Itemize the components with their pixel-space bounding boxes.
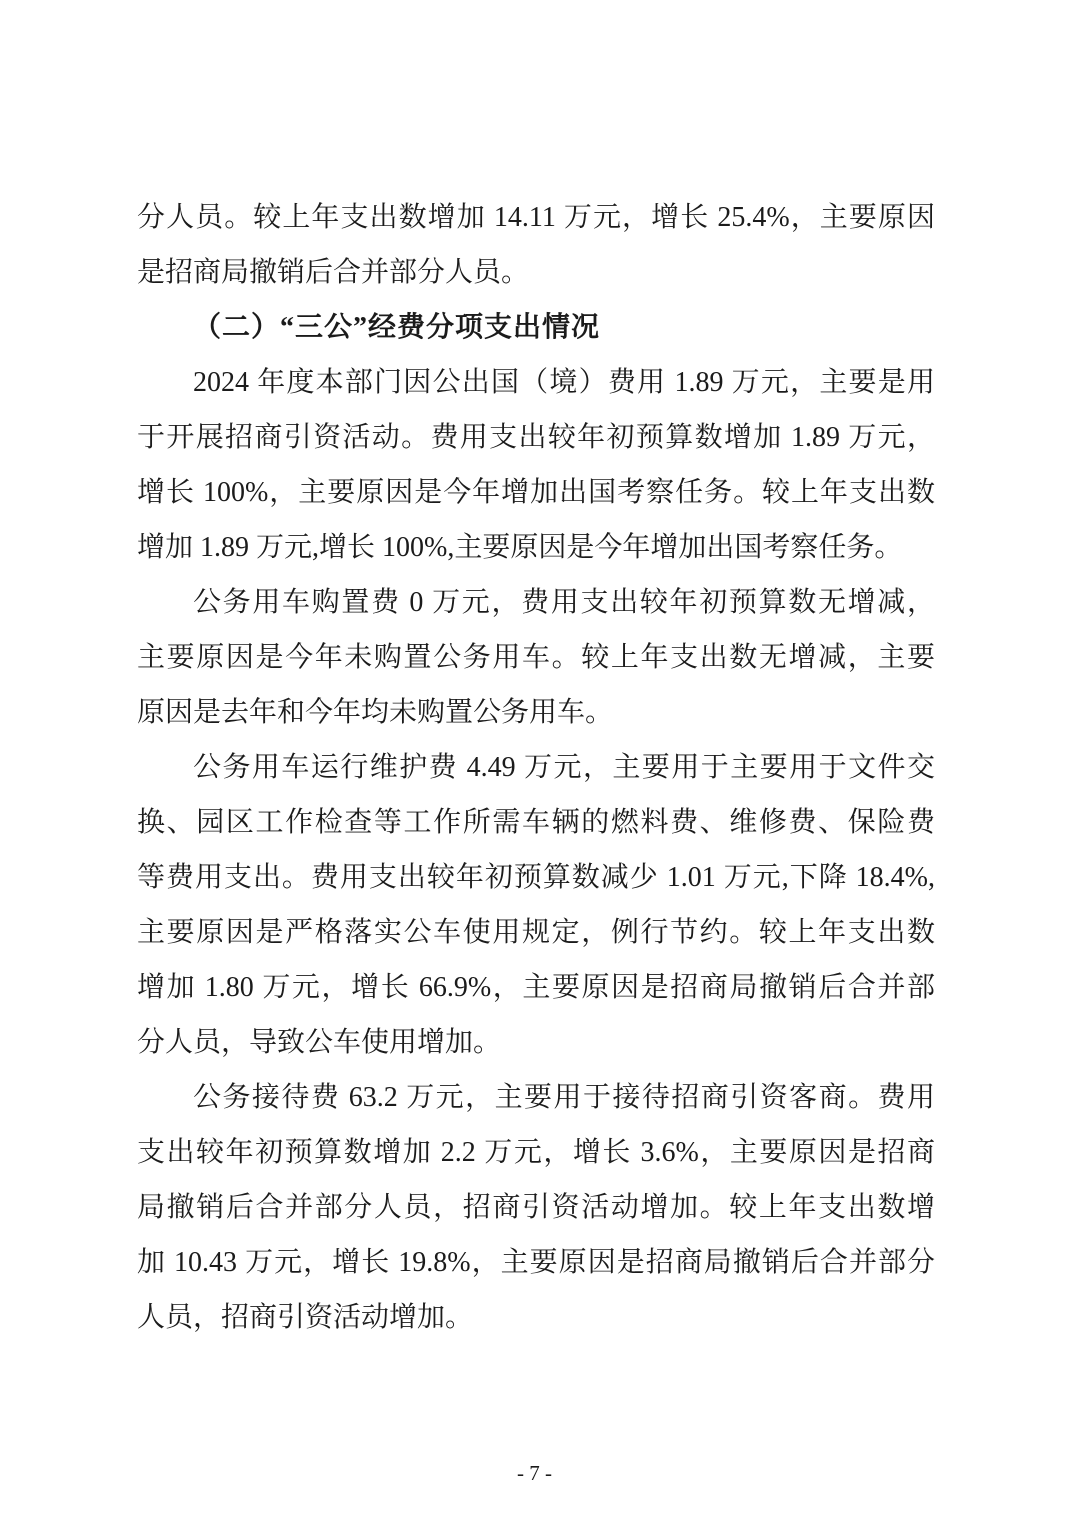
text-line: 加 10.43 万元，增长 19.8%，主要原因是招商局撤销后合并部分 bbox=[137, 1235, 935, 1290]
text-line: 于开展招商引资活动。费用支出较年初预算数增加 1.89 万元， bbox=[137, 410, 935, 465]
text-line: 主要原因是严格落实公车使用规定，例行节约。较上年支出数 bbox=[137, 905, 935, 960]
text-line: 增加 1.89 万元,增长 100%,主要原因是今年增加出国考察任务。 bbox=[137, 520, 935, 575]
text-line: 增长 100%，主要原因是今年增加出国考察任务。较上年支出数 bbox=[137, 465, 935, 520]
text-line: 2024 年度本部门因公出国（境）费用 1.89 万元，主要是用 bbox=[137, 355, 935, 410]
text-line: 原因是去年和今年均未购置公务用车。 bbox=[137, 685, 935, 740]
text-line: 主要原因是今年未购置公务用车。较上年支出数无增减，主要 bbox=[137, 630, 935, 685]
text-line: 人员，招商引资活动增加。 bbox=[137, 1290, 935, 1345]
text-line: 是招商局撤销后合并部分人员。 bbox=[137, 245, 935, 300]
text-line: 公务接待费 63.2 万元，主要用于接待招商引资客商。费用 bbox=[137, 1070, 935, 1125]
text-line: 分人员，导致公车使用增加。 bbox=[137, 1015, 935, 1070]
text-line: 等费用支出。费用支出较年初预算数减少 1.01 万元,下降 18.4%, bbox=[137, 850, 935, 905]
section-heading: （二）“三公”经费分项支出情况 bbox=[137, 300, 935, 355]
document-page: 分人员。较上年支出数增加 14.11 万元，增长 25.4%，主要原因 是招商局… bbox=[0, 0, 1069, 1515]
text-line: 增加 1.80 万元，增长 66.9%，主要原因是招商局撤销后合并部 bbox=[137, 960, 935, 1015]
text-line: 分人员。较上年支出数增加 14.11 万元，增长 25.4%，主要原因 bbox=[137, 190, 935, 245]
text-line: 公务用车运行维护费 4.49 万元，主要用于主要用于文件交 bbox=[137, 740, 935, 795]
text-line: 换、园区工作检查等工作所需车辆的燃料费、维修费、保险费 bbox=[137, 795, 935, 850]
page-number: - 7 - bbox=[0, 1458, 1069, 1488]
text-line: 公务用车购置费 0 万元，费用支出较年初预算数无增减， bbox=[137, 575, 935, 630]
text-line: 局撤销后合并部分人员，招商引资活动增加。较上年支出数增 bbox=[137, 1180, 935, 1235]
text-block: 分人员。较上年支出数增加 14.11 万元，增长 25.4%，主要原因 是招商局… bbox=[137, 190, 935, 1345]
text-line: 支出较年初预算数增加 2.2 万元，增长 3.6%，主要原因是招商 bbox=[137, 1125, 935, 1180]
